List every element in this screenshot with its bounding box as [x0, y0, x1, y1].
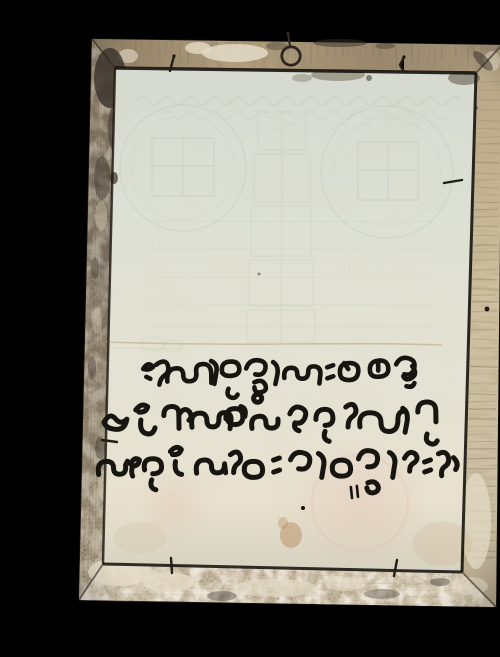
- photo-canvas: [40, 16, 500, 641]
- vignette-overlay: [40, 16, 500, 641]
- framed-panel-photo: [40, 16, 500, 641]
